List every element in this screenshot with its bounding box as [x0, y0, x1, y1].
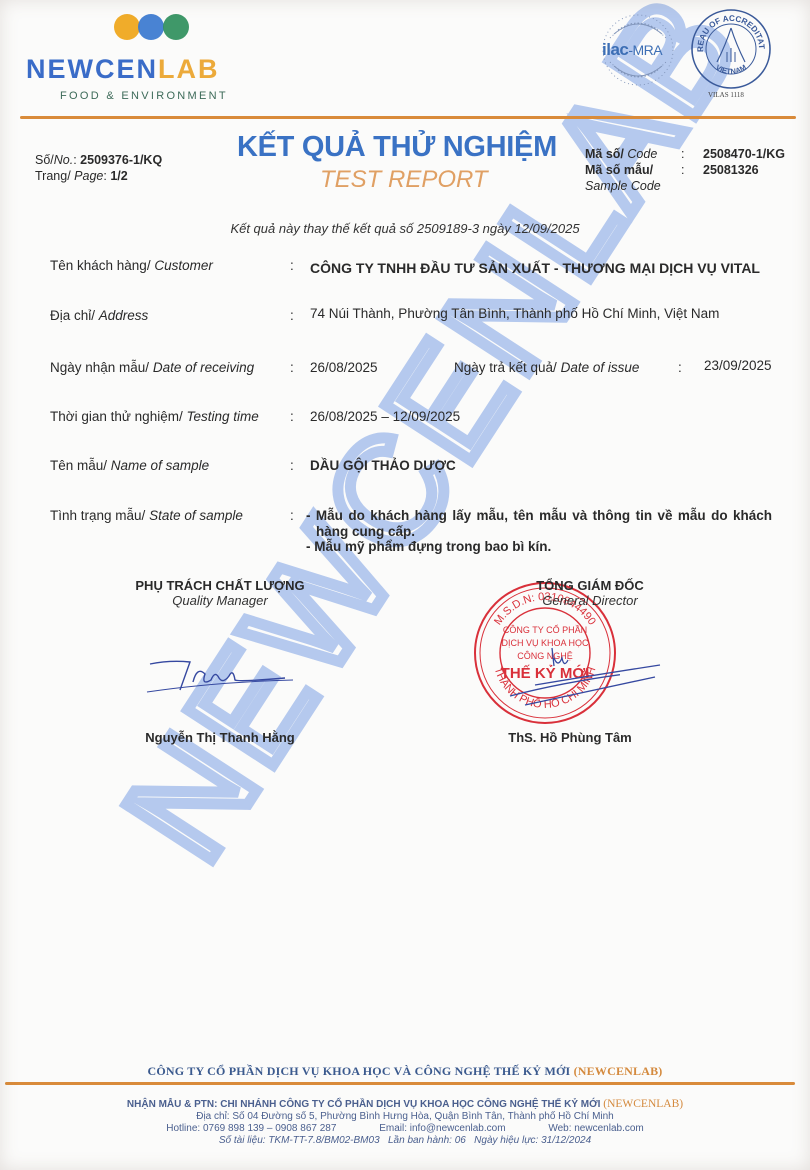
footer-contact: NHẬN MẪU & PTN: CHI NHÁNH CÔNG TY CỔ PHẦ… [0, 1098, 810, 1147]
ilac-mra-label: ilac-MRA [602, 40, 662, 60]
svg-text:VIETNAM: VIETNAM [714, 63, 748, 76]
footer-email: Email: info@newcenlab.com [379, 1123, 505, 1134]
director-name: ThS. Hồ Phùng Tâm [450, 730, 690, 745]
footer-doc-info: Số tài liệu: TKM-TT-7.8/BM02-BM03 Lần ba… [0, 1135, 810, 1147]
page-number: Trang/ Page: 1/2 [35, 168, 162, 184]
director-signature-icon [515, 655, 665, 715]
sample-code-value: 25081326 [703, 162, 759, 178]
footer-branch: NHẬN MẪU & PTN: CHI NHÁNH CÔNG TY CỔ PHẦ… [127, 1099, 601, 1110]
replacement-note: Kết quả này thay thế kết quả số 2509189-… [0, 221, 810, 236]
code-block: Mã số/ Code : 2508470-1/KG Mã số mẫu/ : … [585, 146, 810, 194]
quality-manager-signature-icon [145, 652, 295, 697]
code-value: 2508470-1/KG [703, 146, 785, 162]
testing-time-value: 26/08/2025 – 12/09/2025 [310, 407, 775, 427]
brand-logo: NEWCENLAB [26, 54, 220, 85]
footer-divider [5, 1082, 795, 1085]
header-divider [20, 116, 796, 119]
bureau-of-accreditation-logo-icon: BUREAU OF ACCREDITATION VIETNAM [690, 8, 772, 90]
footer-address: Địa chỉ: Số 04 Đường số 5, Phường Bình H… [0, 1111, 810, 1123]
footer-web: Web: newcenlab.com [548, 1123, 643, 1134]
sample-state-item: - Mẫu do khách hàng lấy mẫu, tên mẫu và … [306, 508, 772, 539]
issue-date-value: 23/09/2025 [704, 358, 772, 373]
newcenlab-logo-dots-icon [112, 14, 194, 40]
brand-tagline: FOOD & ENVIRONMENT [60, 90, 228, 102]
svg-text:CÔNG TY CỔ PHẦN: CÔNG TY CỔ PHẦN [503, 624, 587, 635]
footer-company-name: CÔNG TY CỔ PHẦN DỊCH VỤ KHOA HỌC VÀ CÔNG… [0, 1064, 810, 1079]
vilas-number: VILAS 1118 [708, 91, 744, 99]
director-signature-block: TỔNG GIÁM ĐỐC General Director [470, 578, 710, 608]
report-number: Số/No.: 2509376-1/KQ [35, 152, 162, 168]
address-value: 74 Núi Thành, Phường Tân Bình, Thành phố… [310, 304, 775, 324]
report-title-vn: KẾT QUẢ THỬ NGHIỆM [237, 131, 557, 164]
quality-manager-signature-block: PHỤ TRÁCH CHẤT LƯỢNG Quality Manager [100, 578, 340, 608]
code-row: Mã số/ Code : 2508470-1/KG [585, 146, 810, 162]
sample-code-row: Mã số mẫu/ : 25081326 [585, 162, 810, 178]
quality-manager-name: Nguyễn Thị Thanh Hằng [100, 730, 340, 745]
svg-text:BUREAU OF ACCREDITATION: BUREAU OF ACCREDITATION [690, 8, 766, 52]
footer-hotline: Hotline: 0769 898 139 – 0908 867 287 [166, 1123, 336, 1134]
svg-text:DỊCH VỤ KHOA HỌC: DỊCH VỤ KHOA HỌC [501, 638, 589, 648]
sample-state-item: - Mẫu mỹ phẩm đựng trong bao bì kín. [306, 539, 772, 555]
report-title-en: TEST REPORT [320, 166, 488, 194]
report-number-block: Số/No.: 2509376-1/KQ Trang/ Page: 1/2 [35, 152, 162, 184]
sample-state-list: - Mẫu do khách hàng lấy mẫu, tên mẫu và … [306, 508, 772, 555]
receiving-date-value: 26/08/2025 [310, 358, 430, 378]
customer-value: CÔNG TY TNHH ĐẦU TƯ SẢN XUẤT - THƯƠNG MẠ… [310, 258, 775, 278]
sample-name-value: DẦU GỘI THẢO DƯỢC [310, 456, 775, 476]
